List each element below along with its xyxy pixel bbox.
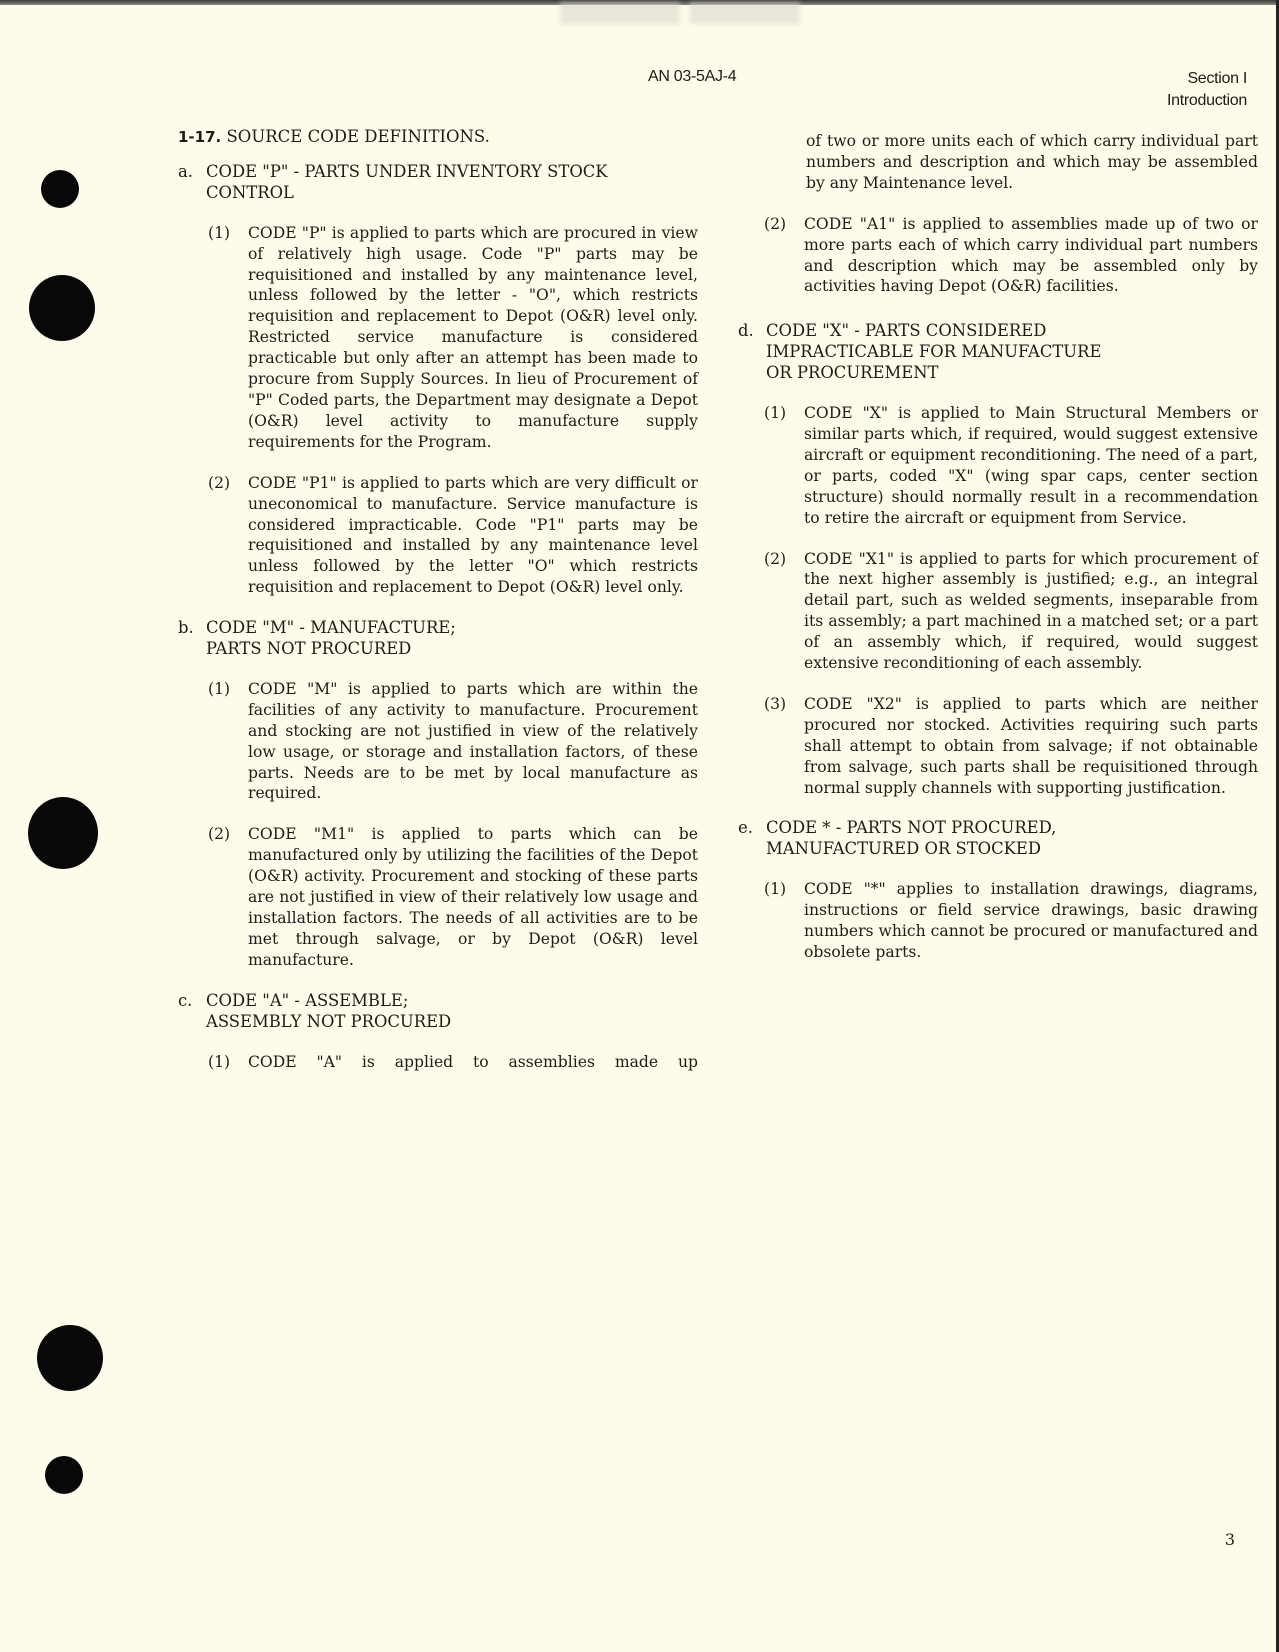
item-number: (3) xyxy=(738,694,804,799)
subsection-b-heading: b. CODE "M" - MANUFACTURE; PARTS NOT PRO… xyxy=(178,618,698,660)
scan-smudge xyxy=(690,2,800,24)
subsection-d-heading: d. CODE "X" - PARTS CONSIDERED IMPRACTIC… xyxy=(738,321,1258,384)
title-line: MANUFACTURED OR STOCKED xyxy=(766,839,1258,860)
paragraph-title: SOURCE CODE DEFINITIONS. xyxy=(227,127,490,146)
paragraph-number: 1-17. xyxy=(178,128,221,146)
title-line: CODE "M" - MANUFACTURE; xyxy=(206,618,698,639)
list-item: (2) CODE "M1" is applied to parts which … xyxy=(178,824,698,970)
subsection-title: CODE "A" - ASSEMBLE; ASSEMBLY NOT PROCUR… xyxy=(206,991,698,1033)
subsection-label: b. xyxy=(178,618,206,660)
subsection-title: CODE "P" - PARTS UNDER INVENTORY STOCK C… xyxy=(206,162,698,204)
item-number: (2) xyxy=(178,473,248,598)
title-line: ASSEMBLY NOT PROCURED xyxy=(206,1012,698,1033)
section-header: Section I Introduction xyxy=(1167,68,1247,112)
document-number: AN 03-5AJ-4 xyxy=(648,68,736,86)
item-number: (1) xyxy=(738,879,804,963)
punch-hole xyxy=(37,1325,103,1391)
list-item: (1) CODE "X" is applied to Main Structur… xyxy=(738,403,1258,528)
item-number: (1) xyxy=(178,1052,248,1073)
item-text: CODE "X" is applied to Main Structural M… xyxy=(804,403,1258,528)
subsection-title: CODE "X" - PARTS CONSIDERED IMPRACTICABL… xyxy=(766,321,1258,384)
item-text: CODE "A" is applied to assemblies made u… xyxy=(248,1052,698,1073)
item-number: (1) xyxy=(178,223,248,453)
punch-hole xyxy=(28,797,98,869)
paragraph-heading: 1-17. SOURCE CODE DEFINITIONS. xyxy=(178,127,698,148)
item-number: (2) xyxy=(738,214,804,298)
left-column: 1-17. SOURCE CODE DEFINITIONS. a. CODE "… xyxy=(178,127,698,1092)
item-text: CODE "M1" is applied to parts which can … xyxy=(248,824,698,970)
subsection-c-heading: c. CODE "A" - ASSEMBLE; ASSEMBLY NOT PRO… xyxy=(178,991,698,1033)
item-text: CODE "A1" is applied to assemblies made … xyxy=(804,214,1258,298)
item-number: (1) xyxy=(178,679,248,804)
section-title: Introduction xyxy=(1167,90,1247,112)
title-line: CODE "X" - PARTS CONSIDERED xyxy=(766,321,1258,342)
title-line: CODE * - PARTS NOT PROCURED, xyxy=(766,818,1258,839)
list-item: (2) CODE "X1" is applied to parts for wh… xyxy=(738,549,1258,674)
subsection-label: d. xyxy=(738,321,766,384)
subsection-e-heading: e. CODE * - PARTS NOT PROCURED, MANUFACT… xyxy=(738,818,1258,860)
list-item: (1) CODE "*" applies to installation dra… xyxy=(738,879,1258,963)
punch-hole xyxy=(29,275,95,341)
title-line: OR PROCUREMENT xyxy=(766,363,1258,384)
subsection-title: CODE "M" - MANUFACTURE; PARTS NOT PROCUR… xyxy=(206,618,698,660)
list-item: (1) CODE "M" is applied to parts which a… xyxy=(178,679,698,804)
scan-smudge xyxy=(560,2,680,24)
page-number: 3 xyxy=(1225,1530,1235,1549)
subsection-label: a. xyxy=(178,162,206,204)
list-item: (2) CODE "A1" is applied to assemblies m… xyxy=(738,214,1258,298)
punch-hole xyxy=(41,170,79,208)
right-column: of two or more units each of which carry… xyxy=(738,131,1258,983)
list-item: (3) CODE "X2" is applied to parts which … xyxy=(738,694,1258,799)
list-item: (2) CODE "P1" is applied to parts which … xyxy=(178,473,698,598)
subsection-title: CODE * - PARTS NOT PROCURED, MANUFACTURE… xyxy=(766,818,1258,860)
subsection-a-heading: a. CODE "P" - PARTS UNDER INVENTORY STOC… xyxy=(178,162,698,204)
title-line: IMPRACTICABLE FOR MANUFACTURE xyxy=(766,342,1258,363)
item-number: (2) xyxy=(178,824,248,970)
subsection-label: c. xyxy=(178,991,206,1033)
item-text: CODE "P1" is applied to parts which are … xyxy=(248,473,698,598)
subsection-label: e. xyxy=(738,818,766,860)
continued-text: of two or more units each of which carry… xyxy=(738,131,1258,194)
item-text: CODE "X1" is applied to parts for which … xyxy=(804,549,1258,674)
list-item: (1) CODE "A" is applied to assemblies ma… xyxy=(178,1052,698,1073)
title-line: CODE "A" - ASSEMBLE; xyxy=(206,991,698,1012)
item-text: CODE "*" applies to installation drawing… xyxy=(804,879,1258,963)
punch-hole xyxy=(45,1456,83,1494)
item-text: CODE "P" is applied to parts which are p… xyxy=(248,223,698,453)
title-line: PARTS NOT PROCURED xyxy=(206,639,698,660)
item-text: CODE "M" is applied to parts which are w… xyxy=(248,679,698,804)
item-number: (2) xyxy=(738,549,804,674)
section-label: Section I xyxy=(1167,68,1247,90)
item-text: CODE "X2" is applied to parts which are … xyxy=(804,694,1258,799)
item-number: (1) xyxy=(738,403,804,528)
list-item: (1) CODE "P" is applied to parts which a… xyxy=(178,223,698,453)
